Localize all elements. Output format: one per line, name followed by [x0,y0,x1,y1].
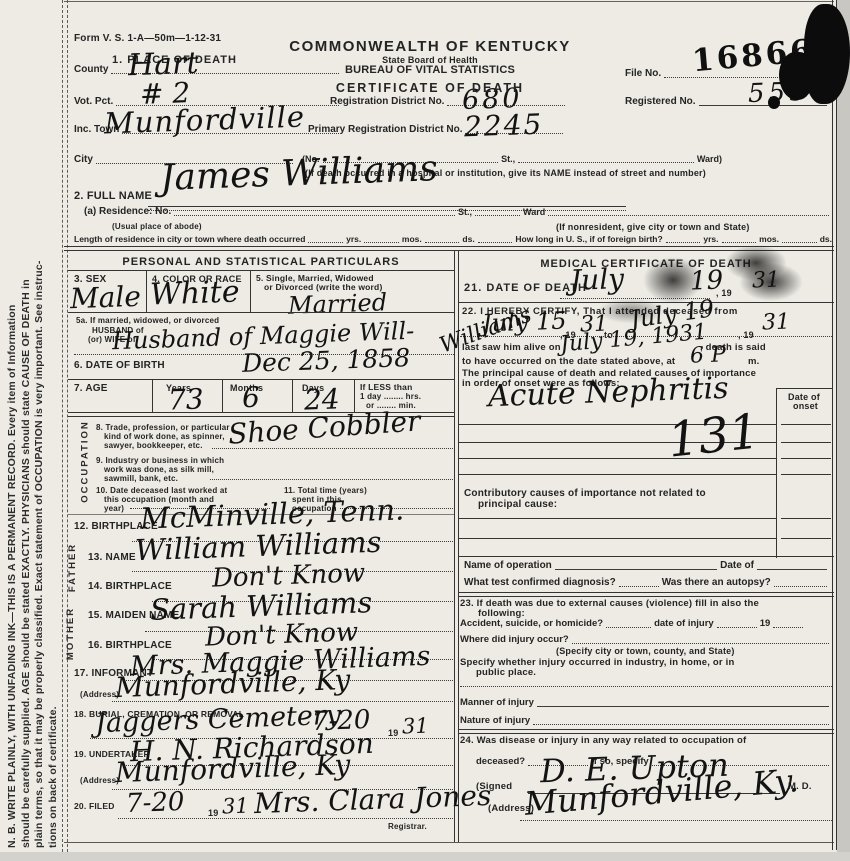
occurred-text: to have occurred on the date stated abov… [462,357,675,368]
test-autopsy-row: What test confirmed diagnosis? Was there… [464,577,830,588]
father-birthplace-label: 14. BIRTHPLACE [88,581,172,593]
occ8-label-1: 8. Trade, profession, or particular [96,423,230,432]
length-us-text: How long in U. S., if of foreign birth? [515,234,662,244]
city-ward-label: Ward) [697,154,722,164]
autopsy-rule [458,592,834,597]
margin-line-2: should be carefully supplied. AGE should… [20,30,34,848]
undertaker-address-label: (Address) [80,776,119,785]
age-months-value: 6 [242,384,261,413]
file-no-label: File No. [625,68,661,79]
operation-date-label: Date of [720,560,754,571]
length-yrs2: yrs. [703,234,718,244]
occ9-label-2: work was done, as silk mill, [104,465,214,474]
personal-title-rule [68,270,454,271]
date-of-death-month: July [570,265,625,295]
contributory-text-1: Contributory causes of importance not re… [464,488,706,500]
autopsy-label: Was there an autopsy? [662,577,771,588]
onset-stub-2 [781,442,831,443]
father-side-label: FATHER [67,543,78,592]
age-divider-4 [354,379,355,412]
cause-of-death-value: Acute Nephritis [488,374,730,412]
accident-label: Accident, suicide, or homicide? [460,618,603,629]
undertaker-address-value: Munfordville, Ky [115,751,351,787]
registration-district-row: Registration District No. [330,96,568,107]
city-label: City [74,154,93,165]
age-less-2: 1 day ........ hrs. [360,392,421,401]
whether-text-2: public place. [476,668,536,679]
operation-row: Name of operation Date of [464,560,830,571]
occ8-label-3: sawyer, bookkeeper, etc. [104,441,203,450]
registered-no-label: Registered No. [625,96,696,107]
occurred-time-value: 6 P [690,344,727,367]
occ9-label-1: 9. Industry or business in which [96,456,224,465]
onset-stub-6 [781,538,831,539]
registration-district-label: Registration District No. [330,96,444,107]
contributory-text-2: principal cause: [478,499,557,511]
form-right-border [832,0,837,850]
burial-year-printed: 19 [388,728,398,738]
onset-stub-3 [781,458,831,459]
onset-area-bottom [458,556,834,557]
occurred-m-label: m. [748,357,760,368]
filed-dotline [118,818,453,819]
form-number: Form V. S. 1-A—50m—1-12-31 [74,33,221,45]
informant-address-label: (Address) [80,690,119,699]
registrar-signature: Mrs. Clara Jones [254,782,492,818]
length-mos: mos. [402,234,422,244]
test-label: What test confirmed diagnosis? [464,577,616,588]
dod-year-printed: , 19 [716,288,732,298]
date-of-death-label: 21. DATE OF DEATH [464,282,587,295]
operation-label: Name of operation [464,560,552,571]
signed-label: (Signed [476,782,512,793]
father-name-label: 13. NAME [88,552,136,564]
onset-stub-1 [781,424,831,425]
occ10-label-3: year) [104,504,124,513]
occ8-dotline [212,448,453,449]
cause-line-4 [458,474,776,475]
length-text: Length of residence in city or town wher… [74,234,305,244]
age-label: 7. AGE [74,383,108,395]
onset-stub-5 [781,518,831,519]
contrib-line-1 [458,518,776,519]
onset-label-2: onset [793,401,818,411]
dob-label: 6. DATE OF BIRTH [74,360,165,372]
margin-line-1: N. B. WRITE PLAINLY, WITH UNFADING INK—T… [6,30,20,848]
injury-19-label: 19 [760,618,771,629]
accident-row: Accident, suicide, or homicide? date of … [460,618,832,629]
occ10-label-1: 10. Date deceased last worked at [96,486,227,495]
dod-stamp-smudge-2 [738,262,804,302]
ink-blot-drop [768,96,780,109]
injury-rule [458,729,834,734]
full-name-label: 2. FULL NAME [74,190,152,203]
residence-ward-label: Ward [523,207,545,217]
race-marital-divider [250,270,251,312]
nature-row: Nature of injury [460,715,832,726]
margin-instructions: N. B. WRITE PLAINLY, WITH UNFADING INK—T… [6,30,60,848]
dob-rule [68,379,454,380]
occ8-label-2: kind of work done, as spinner, [104,432,225,441]
manner-row: Manner of injury [460,697,832,708]
inc-town-value: Munfordville [104,103,306,139]
burial-year-value: 31 [402,716,429,738]
margin-line-3: plain terms, so that it may be properly … [33,30,47,848]
length-yrs: yrs. [346,234,361,244]
length-ds2: ds. [820,234,832,244]
occ9-dotline [210,479,453,480]
length-mos2: mos. [759,234,779,244]
margin-line-4: tions on back of certificate. [47,30,61,848]
header-section-divider [64,246,834,251]
certificate-heading: CERTIFICATE OF DEATH [278,81,582,95]
registrar-label: Registrar. [388,822,427,831]
primary-district-label: Primary Registration District No. [308,124,462,135]
informant-address-value: Munfordville, Ky [115,666,351,702]
filed-year-printed: 19 [208,808,218,818]
age-years-value: 73 [168,385,205,414]
filed-date-value: 7-20 [126,789,185,817]
form-top-border [64,1,834,2]
nonresident-note: (If nonresident, give city or town and S… [556,222,750,232]
sex-value: Male [70,283,142,313]
onset-box-left [776,388,777,558]
occupation-side-label: OCCUPATION [80,420,91,502]
sex-race-divider [146,270,147,312]
primary-district-value: 2245 [464,111,544,142]
specify-city-note: (Specify city or town, county, and State… [556,646,735,656]
length-of-residence-row: Length of residence in city or town wher… [74,234,832,244]
ink-blot-lobe [779,52,813,100]
age-divider-1 [152,379,153,412]
where-injury-row: Where did injury occur? [460,634,832,645]
nature-label: Nature of injury [460,715,530,726]
full-name-value: James Williams [159,151,438,197]
q24-deceased-label: deceased? [476,756,525,767]
personal-title: PERSONAL AND STATISTICAL PARTICULARS [68,256,454,269]
voting-precinct-label: Vot. Pct. [74,96,113,107]
filed-year-value: 31 [222,796,249,818]
death-certificate-scan: N. B. WRITE PLAINLY, WITH UNFADING INK—T… [0,0,850,861]
marital-value: Married [288,290,388,317]
contrib-line-2 [458,538,776,539]
occ9-label-3: sawmill, bank, etc. [104,474,178,483]
onset-box-top [776,388,833,389]
age-divider-2 [222,379,223,412]
mother-side-label: MOTHER [65,607,76,660]
age-divider-3 [292,379,293,412]
bureau-heading: BUREAU OF VITAL STATISTICS [278,64,582,77]
cause-code-value: 131 [666,407,762,464]
residence-st-label: St., [458,207,472,217]
last-saw-text: last saw him alive on [462,343,561,354]
dob-value: Dec 25, 1858 [242,345,411,376]
injury-date-label: date of injury [654,618,714,629]
abode-note: (Usual place of abode) [112,222,202,231]
onset-stub-4 [781,474,831,475]
physician-address-dotline [520,820,832,821]
city-st-label: St., [501,154,515,164]
residence-label: (a) Residence: No. [84,206,171,217]
q24-text: 24. Was disease or injury in any way rel… [460,736,746,747]
county-label: County [74,64,108,75]
race-value: White [150,277,241,310]
filed-label: 20. FILED [74,802,115,812]
residence-row: (a) Residence: No. St., Ward [84,206,832,217]
scan-bottom-edge [0,852,850,861]
attended-to-year: 31 [762,312,791,335]
form-left-border-outer [62,0,63,852]
length-ds: ds. [462,234,474,244]
whether-dotline [460,686,832,687]
form-left-border-inner [67,0,68,852]
manner-label: Manner of injury [460,697,534,708]
scan-right-edge [837,0,850,861]
commonwealth-heading: COMMONWEALTH OF KENTUCKY [278,38,582,55]
form-bottom-border [64,842,834,843]
row5-rule [68,312,454,313]
where-injury-label: Where did injury occur? [460,634,569,645]
